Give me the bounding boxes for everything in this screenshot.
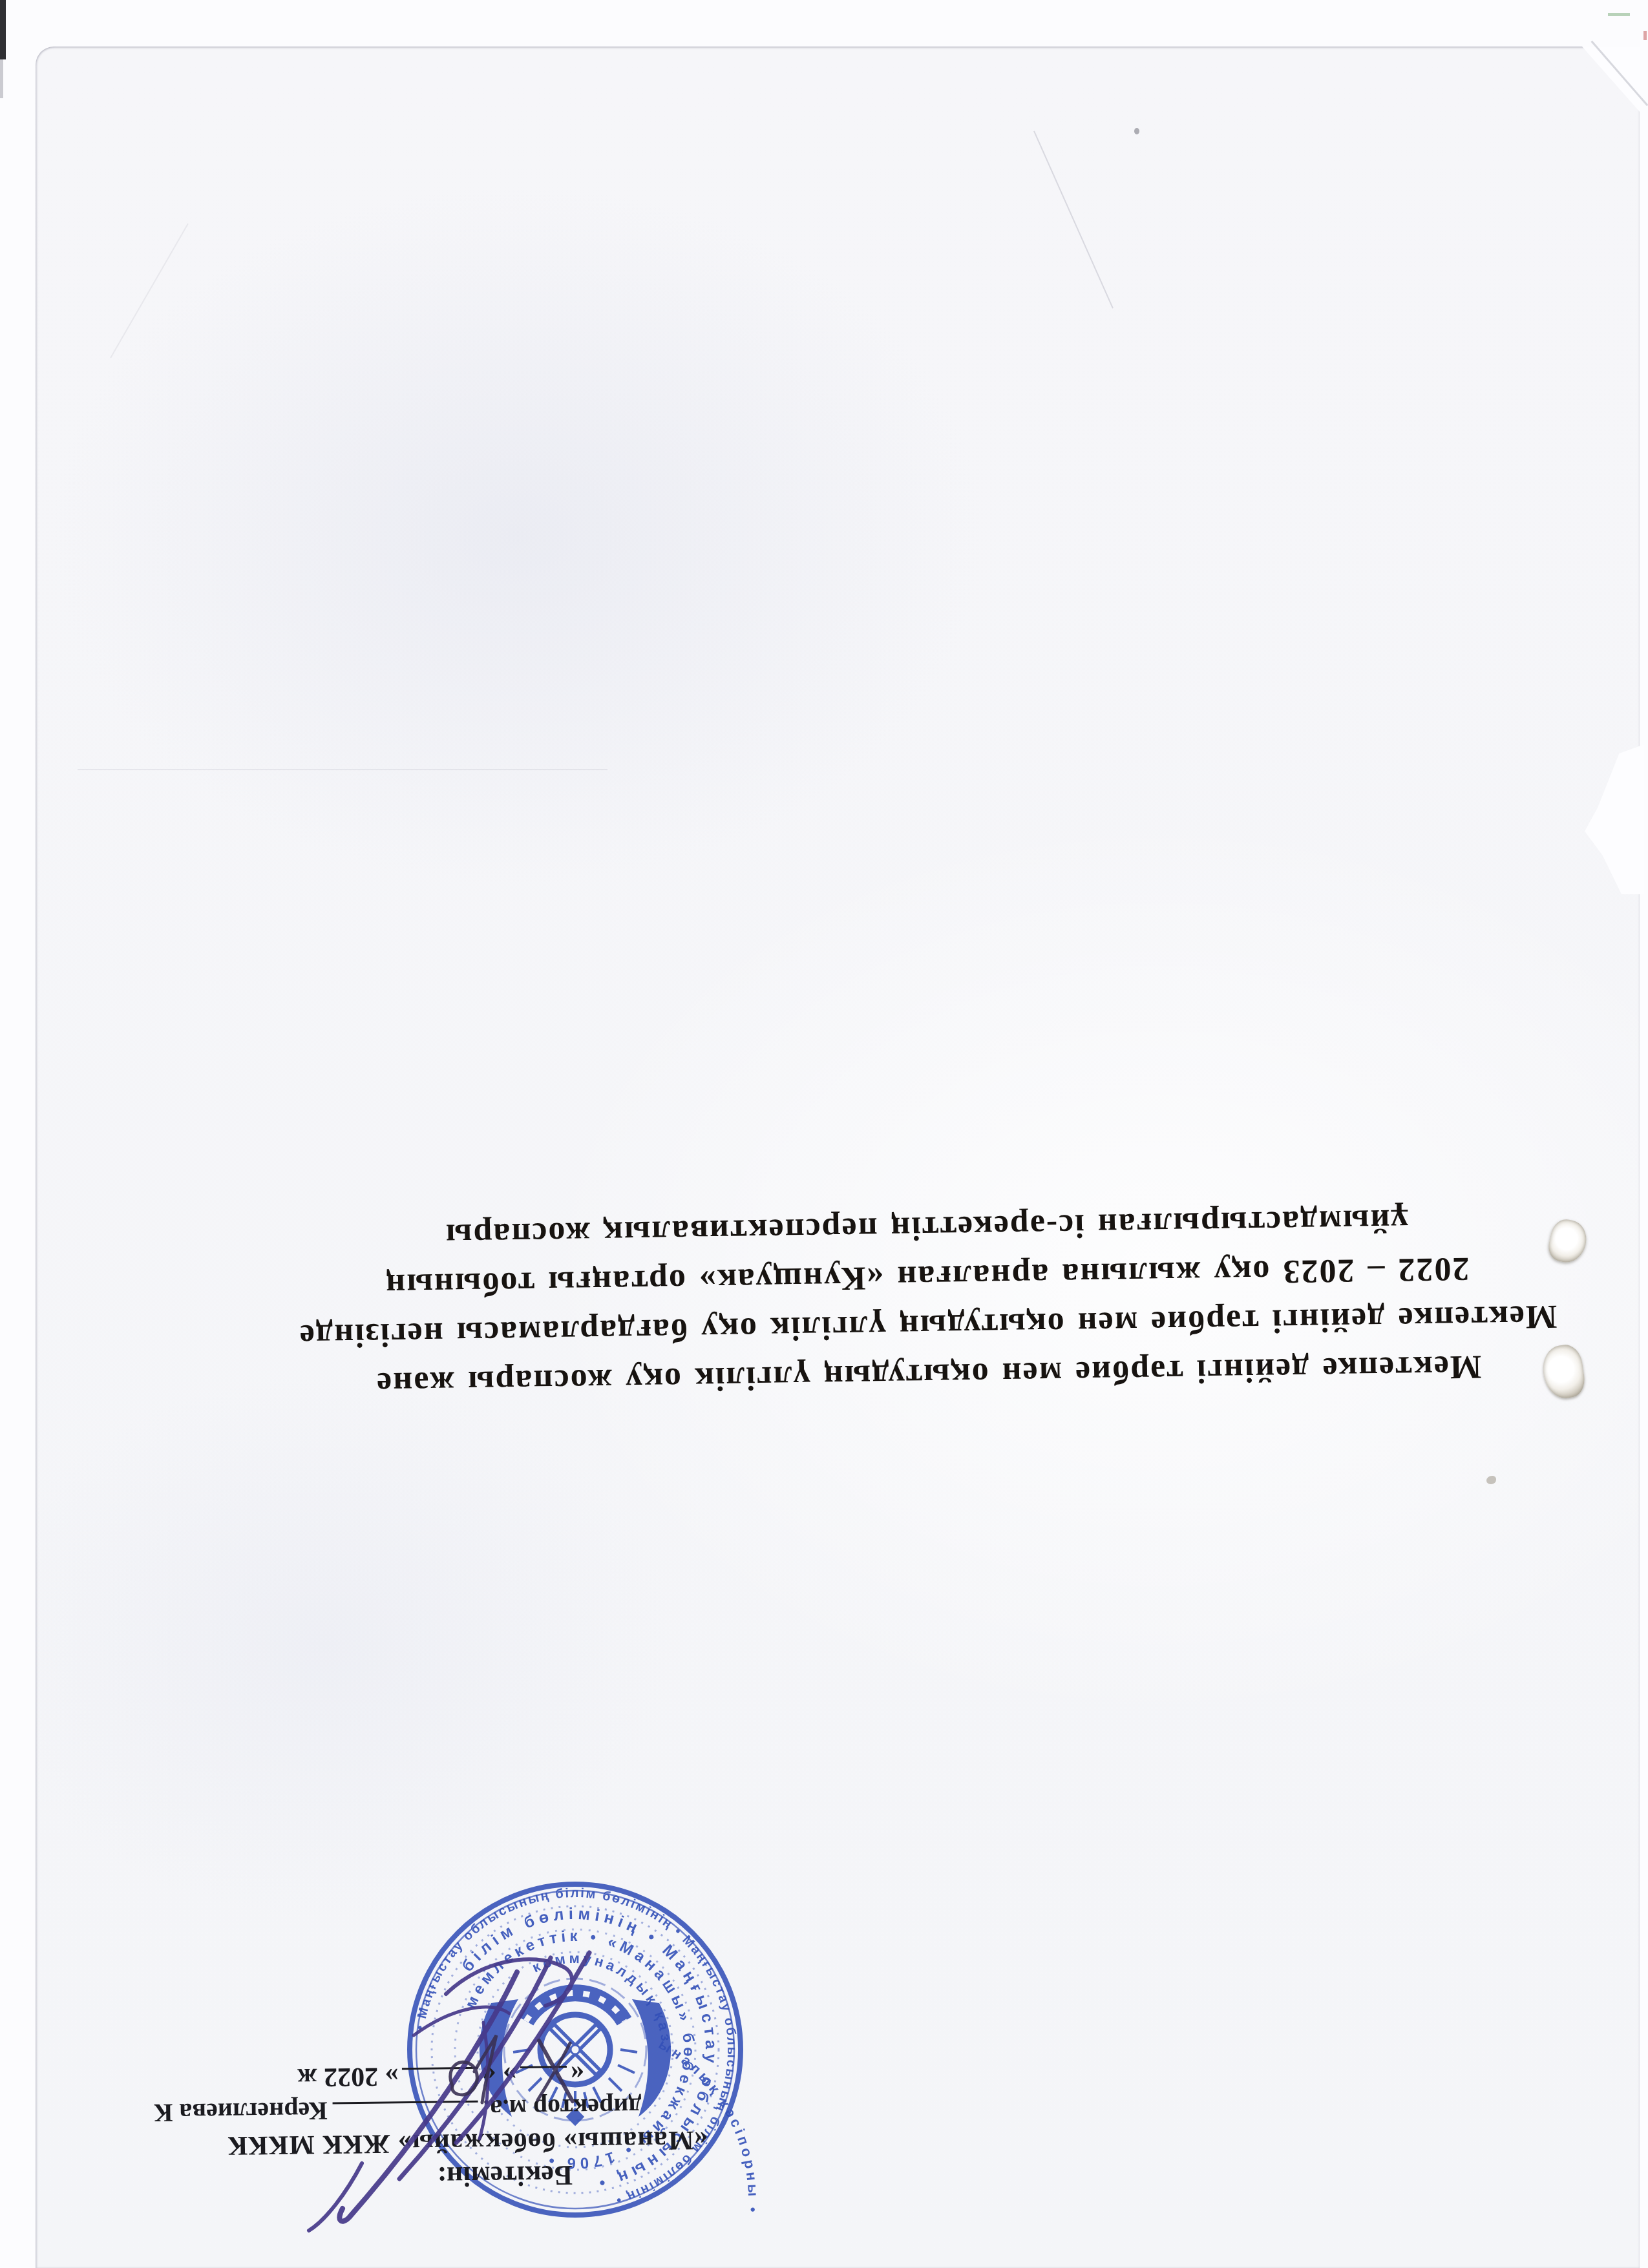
quote-close: » bbox=[503, 2060, 517, 2090]
date-line: «» «» 2022 ж bbox=[166, 2057, 585, 2096]
scanner-edge-shadow bbox=[0, 0, 6, 59]
quote-open: « bbox=[571, 2059, 585, 2089]
paper-sheet bbox=[36, 47, 1640, 2268]
paper-crease bbox=[78, 769, 607, 770]
paper-speck bbox=[1134, 128, 1139, 134]
signature-line bbox=[333, 2101, 478, 2128]
organization-name: «Манашы» бөбекжайы» ЖКК МККК bbox=[167, 2123, 708, 2163]
approve-label: Бекітемін: bbox=[167, 2158, 573, 2197]
document-title-rotated: Мектепке дейінгі тәрбие мен оқытудың үлг… bbox=[277, 1193, 1579, 1410]
scanned-page: Мектепке дейінгі тәрбие мен оқытудың үлг… bbox=[0, 0, 1648, 2268]
quote-open: « bbox=[482, 2060, 496, 2090]
scan-artifact-green bbox=[1608, 13, 1630, 16]
scan-artifact-red bbox=[1643, 31, 1647, 40]
director-line: директор м.а.Кернеглиева К bbox=[166, 2090, 642, 2130]
approval-block-rotated: Бекітемін: «Манашы» бөбекжайы» ЖКК МККК … bbox=[166, 2052, 759, 2196]
scanner-edge-shadow-fade bbox=[0, 59, 3, 98]
director-position: директор м.а. bbox=[483, 2093, 641, 2124]
signer-name: Кернеглиева К bbox=[154, 2097, 328, 2128]
date-day-blank bbox=[520, 2066, 567, 2092]
date-year: 2022 ж bbox=[297, 2062, 379, 2093]
quote-close: » bbox=[385, 2061, 399, 2091]
date-month-blank bbox=[402, 2067, 478, 2093]
